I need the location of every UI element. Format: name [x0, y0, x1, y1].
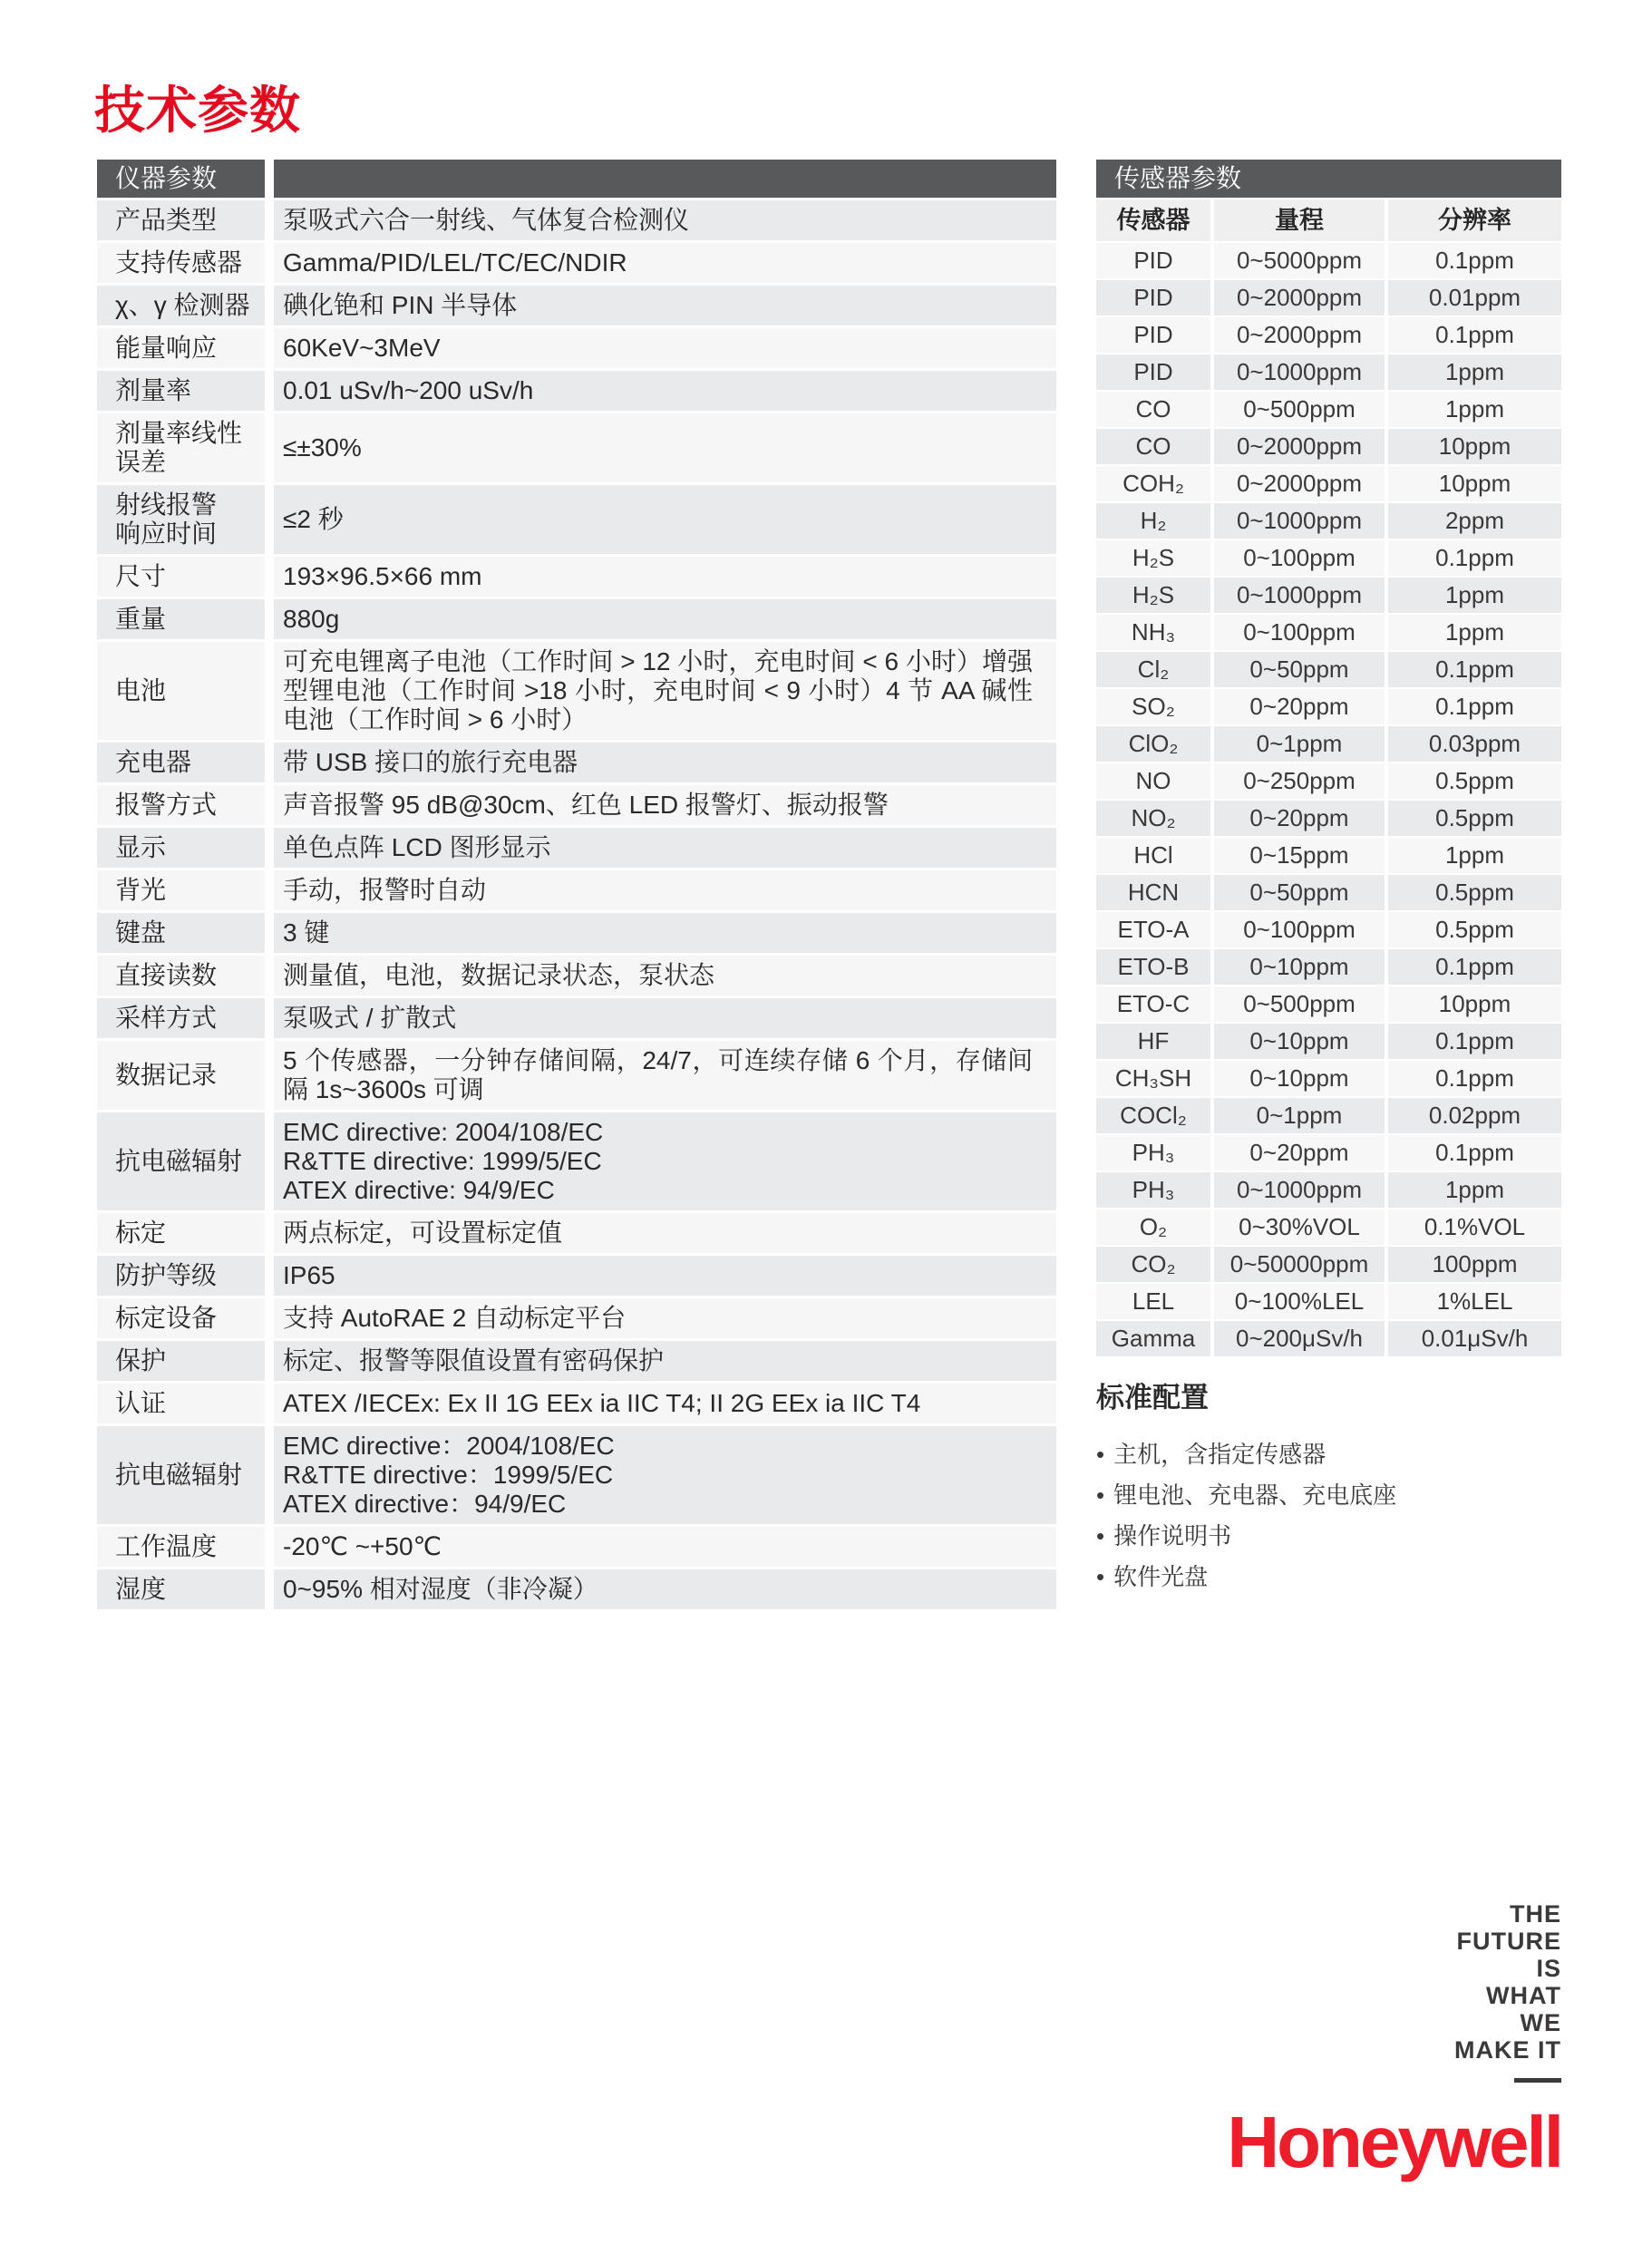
spec-row: 键盘 3 键	[97, 913, 1056, 956]
sensor-resolution-cell: 0.1ppm	[1388, 317, 1561, 353]
spec-value: 0.01 uSv/h~200 uSv/h	[274, 371, 1056, 411]
spec-label: 键盘	[97, 913, 265, 953]
spec-label: 尺寸	[97, 557, 265, 597]
spec-label: 数据记录	[97, 1041, 265, 1110]
spec-value: ATEX /IECEx: Ex II 1G EEx ia IIC T4; II …	[274, 1384, 1056, 1423]
spec-row: 背光 手动，报警时自动	[97, 870, 1056, 913]
tagline-line: IS	[1179, 1955, 1561, 1982]
sensor-name-cell: PID	[1096, 243, 1210, 278]
sensor-row: ETO-B 0~10ppm 0.1ppm	[1096, 949, 1561, 986]
spec-label: 保护	[97, 1341, 265, 1381]
sensor-row: PH₃ 0~1000ppm 1ppm	[1096, 1172, 1561, 1209]
sensor-row: H₂S 0~1000ppm 1ppm	[1096, 578, 1561, 615]
spec-value: ≤±30%	[274, 413, 1056, 482]
spec-row: 尺寸 193×96.5×66 mm	[97, 557, 1056, 599]
sensor-table: 传感器参数 传感器 量程 分辨率 PID 0~5000ppm 0.1ppm PI…	[1096, 160, 1561, 1358]
sensor-row: NO 0~250ppm 0.5ppm	[1096, 763, 1561, 801]
sensor-range-cell: 0~10ppm	[1214, 1024, 1385, 1059]
sensor-range-cell: 0~20ppm	[1214, 801, 1385, 836]
spec-value: 5 个传感器，一分钟存储间隔，24/7，可连续存储 6 个月，存储间隔 1s~3…	[274, 1041, 1056, 1110]
sensor-range-cell: 0~5000ppm	[1214, 243, 1385, 278]
bullet-icon: •	[1096, 1481, 1104, 1509]
spec-row: 射线报警 响应时间 ≤2 秒	[97, 485, 1056, 557]
spec-label: χ、γ 检测器	[97, 286, 265, 325]
sensor-table-header-title: 传感器参数	[1096, 160, 1561, 198]
sensor-resolution-cell: 1%LEL	[1388, 1284, 1561, 1319]
spec-label: 显示	[97, 828, 265, 868]
column-header-range: 量程	[1214, 199, 1385, 241]
spec-label: 采样方式	[97, 998, 265, 1038]
spec-value: Gamma/PID/LEL/TC/EC/NDIR	[274, 243, 1056, 283]
spec-value: 手动，报警时自动	[274, 870, 1056, 910]
standard-config-section: 标准配置 • 主机，含指定传感器 • 锂电池、充电器、充电底座 • 操作说明书	[1096, 1375, 1561, 1604]
spec-value: -20℃ ~+50℃	[274, 1527, 1056, 1567]
spec-row: 认证 ATEX /IECEx: Ex II 1G EEx ia IIC T4; …	[97, 1384, 1056, 1426]
bullet-icon: •	[1096, 1522, 1104, 1549]
spec-row: 防护等级 IP65	[97, 1256, 1056, 1298]
sensor-range-cell: 0~1ppm	[1214, 1098, 1385, 1133]
sensor-range-cell: 0~50000ppm	[1214, 1247, 1385, 1282]
sensor-name-cell: ETO-C	[1096, 986, 1210, 1022]
spec-row: 充电器 带 USB 接口的旅行充电器	[97, 743, 1056, 785]
spec-label: 产品类型	[97, 200, 265, 240]
column-header-resolution: 分辨率	[1388, 199, 1561, 241]
instrument-table: 仪器参数 产品类型 泵吸式六合一射线、气体复合检测仪 支持传感器 Gamma/P…	[97, 160, 1056, 1612]
spec-row: χ、γ 检测器 碘化铯和 PIN 半导体	[97, 286, 1056, 328]
sensor-range-cell: 0~500ppm	[1214, 392, 1385, 427]
spec-row: 标定设备 支持 AutoRAE 2 自动标定平台	[97, 1298, 1056, 1341]
sensor-row: PID 0~2000ppm 0.1ppm	[1096, 317, 1561, 355]
sensor-row: O₂ 0~30%VOL 0.1%VOL	[1096, 1209, 1561, 1247]
config-item: • 锂电池、充电器、充电底座	[1096, 1481, 1561, 1509]
sensor-name-cell: PID	[1096, 280, 1210, 316]
sensor-range-cell: 0~2000ppm	[1214, 429, 1385, 464]
spec-value: 两点标定，可设置标定值	[274, 1213, 1056, 1253]
sensor-range-cell: 0~1000ppm	[1214, 1172, 1385, 1208]
spec-row: 剂量率 0.01 uSv/h~200 uSv/h	[97, 371, 1056, 413]
sensor-name-cell: NH₃	[1096, 615, 1210, 650]
sensor-name-cell: Gamma	[1096, 1321, 1210, 1356]
tagline-line: WE	[1179, 2009, 1561, 2036]
spec-label: 标定	[97, 1213, 265, 1253]
sensor-name-cell: PH₃	[1096, 1172, 1210, 1208]
sensor-resolution-cell: 0.02ppm	[1388, 1098, 1561, 1133]
spec-value: EMC directive：2004/108/EC R&TTE directiv…	[274, 1426, 1056, 1524]
sensor-range-cell: 0~2000ppm	[1214, 317, 1385, 353]
spec-label: 剂量率	[97, 371, 265, 411]
sensor-range-cell: 0~10ppm	[1214, 1061, 1385, 1096]
sensor-range-cell: 0~500ppm	[1214, 986, 1385, 1022]
tagline-line: FUTURE	[1179, 1928, 1561, 1955]
config-item-label: 主机，含指定传感器	[1113, 1441, 1326, 1468]
sensor-range-cell: 0~1000ppm	[1214, 503, 1385, 539]
sensor-row: NO₂ 0~20ppm 0.5ppm	[1096, 801, 1561, 838]
sensor-name-cell: CH₃SH	[1096, 1061, 1210, 1096]
sensor-name-cell: PID	[1096, 317, 1210, 353]
spec-value: 带 USB 接口的旅行充电器	[274, 743, 1056, 782]
spec-row: 显示 单色点阵 LCD 图形显示	[97, 828, 1056, 870]
config-item: • 操作说明书	[1096, 1522, 1561, 1549]
datasheet-page: 技术参数 仪器参数 产品类型 泵吸式六合一射线、气体复合检测仪 支持传感器 Ga…	[0, 0, 1652, 2244]
spec-row: 电池 可充电锂离子电池（工作时间 > 12 小时，充电时间 < 6 小时）增强型…	[97, 642, 1056, 743]
spec-value: 可充电锂离子电池（工作时间 > 12 小时，充电时间 < 6 小时）增强型锂电池…	[274, 642, 1056, 740]
tagline-line: WHAT	[1179, 1982, 1561, 2009]
sensor-row: CO 0~500ppm 1ppm	[1096, 392, 1561, 429]
spec-value: EMC directive: 2004/108/EC R&TTE directi…	[274, 1112, 1056, 1210]
spec-label: 防护等级	[97, 1256, 265, 1296]
sensor-name-cell: NO	[1096, 763, 1210, 799]
sensor-name-cell: CO	[1096, 392, 1210, 427]
sensor-row: CH₃SH 0~10ppm 0.1ppm	[1096, 1061, 1561, 1098]
sensor-row: SO₂ 0~20ppm 0.1ppm	[1096, 689, 1561, 726]
spec-value: 193×96.5×66 mm	[274, 557, 1056, 597]
sensor-resolution-cell: 1ppm	[1388, 392, 1561, 427]
sensor-table-column-headers: 传感器 量程 分辨率	[1096, 199, 1561, 243]
sensor-row: NH₃ 0~100ppm 1ppm	[1096, 615, 1561, 652]
spec-label: 认证	[97, 1384, 265, 1423]
sensor-range-cell: 0~100ppm	[1214, 912, 1385, 947]
brand-footer: THE FUTURE IS WHAT WE MAKE IT Honeywell	[1179, 1900, 1561, 2184]
spec-row: 报警方式 声音报警 95 dB@30cm、红色 LED 报警灯、振动报警	[97, 785, 1056, 828]
spec-row: 数据记录 5 个传感器，一分钟存储间隔，24/7，可连续存储 6 个月，存储间隔…	[97, 1041, 1056, 1112]
sensor-range-cell: 0~2000ppm	[1214, 280, 1385, 316]
sensor-row: PID 0~5000ppm 0.1ppm	[1096, 243, 1561, 280]
sensor-resolution-cell: 0.1%VOL	[1388, 1209, 1561, 1245]
spec-label: 报警方式	[97, 785, 265, 825]
spec-row: 能量响应 60KeV~3MeV	[97, 328, 1056, 371]
spec-row: 支持传感器 Gamma/PID/LEL/TC/EC/NDIR	[97, 243, 1056, 286]
sensor-row: HCl 0~15ppm 1ppm	[1096, 838, 1561, 875]
sensor-name-cell: ETO-A	[1096, 912, 1210, 947]
sensor-row: PH₃ 0~20ppm 0.1ppm	[1096, 1135, 1561, 1172]
sensor-row: HCN 0~50ppm 0.5ppm	[1096, 875, 1561, 912]
spec-row: 直接读数 测量值，电池，数据记录状态，泵状态	[97, 956, 1056, 998]
spec-row: 工作温度 -20℃ ~+50℃	[97, 1527, 1056, 1569]
sensor-range-cell: 0~100ppm	[1214, 615, 1385, 650]
bullet-icon: •	[1096, 1441, 1104, 1468]
sensor-row: H₂S 0~100ppm 0.1ppm	[1096, 540, 1561, 578]
sensor-name-cell: HCl	[1096, 838, 1210, 873]
standard-config-list: • 主机，含指定传感器 • 锂电池、充电器、充电底座 • 操作说明书 • 软件光…	[1096, 1441, 1561, 1590]
sensor-range-cell: 0~2000ppm	[1214, 466, 1385, 501]
spec-label: 支持传感器	[97, 243, 265, 283]
spec-value: 测量值，电池，数据记录状态，泵状态	[274, 956, 1056, 996]
spec-value: 0~95% 相对湿度（非冷凝）	[274, 1569, 1056, 1609]
sensor-name-cell: O₂	[1096, 1209, 1210, 1245]
sensor-rows: PID 0~5000ppm 0.1ppm PID 0~2000ppm 0.01p…	[1096, 243, 1561, 1358]
page-title: 技术参数	[94, 71, 301, 143]
sensor-resolution-cell: 0.1ppm	[1388, 540, 1561, 576]
spec-value: 声音报警 95 dB@30cm、红色 LED 报警灯、振动报警	[274, 785, 1056, 825]
sensor-name-cell: HF	[1096, 1024, 1210, 1059]
sensor-range-cell: 0~1000ppm	[1214, 578, 1385, 613]
spec-row: 抗电磁辐射 EMC directive: 2004/108/EC R&TTE d…	[97, 1112, 1056, 1213]
sensor-row: COH₂ 0~2000ppm 10ppm	[1096, 466, 1561, 503]
spec-value: ≤2 秒	[274, 485, 1056, 554]
instrument-table-header-spacer	[274, 160, 1056, 198]
spec-label: 标定设备	[97, 1298, 265, 1338]
spec-value: IP65	[274, 1256, 1056, 1296]
sensor-range-cell: 0~1ppm	[1214, 726, 1385, 762]
spec-label: 直接读数	[97, 956, 265, 996]
sensor-name-cell: Cl₂	[1096, 652, 1210, 687]
sensor-name-cell: H₂	[1096, 503, 1210, 539]
sensor-resolution-cell: 0.1ppm	[1388, 1061, 1561, 1096]
spec-label: 剂量率线性 误差	[97, 413, 265, 482]
sensor-range-cell: 0~100%LEL	[1214, 1284, 1385, 1319]
sensor-name-cell: SO₂	[1096, 689, 1210, 724]
sensor-resolution-cell: 0.1ppm	[1388, 689, 1561, 724]
config-item-label: 锂电池、充电器、充电底座	[1113, 1481, 1396, 1509]
sensor-resolution-cell: 1ppm	[1388, 355, 1561, 390]
sensor-row: COCl₂ 0~1ppm 0.02ppm	[1096, 1098, 1561, 1135]
sensor-resolution-cell: 0.01μSv/h	[1388, 1321, 1561, 1356]
sensor-range-cell: 0~30%VOL	[1214, 1209, 1385, 1245]
spec-value: 支持 AutoRAE 2 自动标定平台	[274, 1298, 1056, 1338]
spec-row: 抗电磁辐射 EMC directive：2004/108/EC R&TTE di…	[97, 1426, 1056, 1527]
sensor-row: Cl₂ 0~50ppm 0.1ppm	[1096, 652, 1561, 689]
sensor-resolution-cell: 0.1ppm	[1388, 243, 1561, 278]
sensor-resolution-cell: 10ppm	[1388, 429, 1561, 464]
sensor-range-cell: 0~1000ppm	[1214, 355, 1385, 390]
sensor-resolution-cell: 0.5ppm	[1388, 875, 1561, 910]
sensor-range-cell: 0~200μSv/h	[1214, 1321, 1385, 1356]
column-header-sensor: 传感器	[1096, 199, 1210, 241]
sensor-name-cell: CO	[1096, 429, 1210, 464]
tagline-rule	[1514, 2078, 1561, 2083]
spec-row: 剂量率线性 误差 ≤±30%	[97, 413, 1056, 485]
sensor-name-cell: PID	[1096, 355, 1210, 390]
config-item-label: 软件光盘	[1113, 1563, 1208, 1590]
sensor-name-cell: H₂S	[1096, 540, 1210, 576]
sensor-range-cell: 0~50ppm	[1214, 875, 1385, 910]
spec-value: 60KeV~3MeV	[274, 328, 1056, 368]
sensor-resolution-cell: 1ppm	[1388, 578, 1561, 613]
spec-label: 射线报警 响应时间	[97, 485, 265, 554]
spec-label: 重量	[97, 599, 265, 639]
sensor-row: LEL 0~100%LEL 1%LEL	[1096, 1284, 1561, 1321]
sensor-range-cell: 0~15ppm	[1214, 838, 1385, 873]
spec-label: 电池	[97, 642, 265, 740]
sensor-resolution-cell: 1ppm	[1388, 1172, 1561, 1208]
sensor-resolution-cell: 0.5ppm	[1388, 912, 1561, 947]
sensor-range-cell: 0~50ppm	[1214, 652, 1385, 687]
sensor-resolution-cell: 100ppm	[1388, 1247, 1561, 1282]
instrument-rows: 产品类型 泵吸式六合一射线、气体复合检测仪 支持传感器 Gamma/PID/LE…	[97, 200, 1056, 1612]
spec-value: 880g	[274, 599, 1056, 639]
spec-row: 采样方式 泵吸式 / 扩散式	[97, 998, 1056, 1041]
instrument-table-header: 仪器参数	[97, 160, 1056, 198]
standard-config-title: 标准配置	[1096, 1375, 1561, 1415]
spec-label: 能量响应	[97, 328, 265, 368]
sensor-row: CO₂ 0~50000ppm 100ppm	[1096, 1247, 1561, 1284]
sensor-name-cell: PH₃	[1096, 1135, 1210, 1171]
sensor-resolution-cell: 1ppm	[1388, 615, 1561, 650]
spec-row: 重量 880g	[97, 599, 1056, 642]
sensor-name-cell: H₂S	[1096, 578, 1210, 613]
honeywell-logo: Honeywell	[1179, 2101, 1561, 2184]
sensor-row: HF 0~10ppm 0.1ppm	[1096, 1024, 1561, 1061]
spec-value: 单色点阵 LCD 图形显示	[274, 828, 1056, 868]
spec-label: 充电器	[97, 743, 265, 782]
spec-row: 标定 两点标定，可设置标定值	[97, 1213, 1056, 1256]
tagline-line: MAKE IT	[1179, 2036, 1561, 2064]
sensor-resolution-cell: 0.5ppm	[1388, 801, 1561, 836]
sensor-name-cell: ETO-B	[1096, 949, 1210, 985]
sensor-resolution-cell: 10ppm	[1388, 466, 1561, 501]
spec-row: 保护 标定、报警等限值设置有密码保护	[97, 1341, 1056, 1384]
bullet-icon: •	[1096, 1563, 1104, 1590]
config-item: • 软件光盘	[1096, 1563, 1561, 1590]
sensor-resolution-cell: 0.03ppm	[1388, 726, 1561, 762]
sensor-resolution-cell: 0.1ppm	[1388, 949, 1561, 985]
sensor-range-cell: 0~20ppm	[1214, 689, 1385, 724]
spec-row: 产品类型 泵吸式六合一射线、气体复合检测仪	[97, 200, 1056, 243]
spec-label: 工作温度	[97, 1527, 265, 1567]
sensor-resolution-cell: 0.01ppm	[1388, 280, 1561, 316]
instrument-table-header-title: 仪器参数	[97, 160, 265, 198]
spec-value: 3 键	[274, 913, 1056, 953]
sensor-row: PID 0~2000ppm 0.01ppm	[1096, 280, 1561, 317]
sensor-name-cell: COCl₂	[1096, 1098, 1210, 1133]
sensor-resolution-cell: 10ppm	[1388, 986, 1561, 1022]
sensor-range-cell: 0~100ppm	[1214, 540, 1385, 576]
tagline-line: THE	[1179, 1900, 1561, 1928]
spec-label: 抗电磁辐射	[97, 1112, 265, 1210]
sensor-row: ClO₂ 0~1ppm 0.03ppm	[1096, 726, 1561, 763]
config-item-label: 操作说明书	[1113, 1522, 1231, 1549]
sensor-name-cell: HCN	[1096, 875, 1210, 910]
sensor-range-cell: 0~10ppm	[1214, 949, 1385, 985]
sensor-name-cell: CO₂	[1096, 1247, 1210, 1282]
sensor-name-cell: NO₂	[1096, 801, 1210, 836]
sensor-resolution-cell: 0.1ppm	[1388, 1135, 1561, 1171]
spec-label: 湿度	[97, 1569, 265, 1609]
sensor-range-cell: 0~20ppm	[1214, 1135, 1385, 1171]
sensor-resolution-cell: 2ppm	[1388, 503, 1561, 539]
sensor-row: H₂ 0~1000ppm 2ppm	[1096, 503, 1561, 540]
sensor-resolution-cell: 1ppm	[1388, 838, 1561, 873]
spec-label: 抗电磁辐射	[97, 1426, 265, 1524]
spec-row: 湿度 0~95% 相对湿度（非冷凝）	[97, 1569, 1056, 1612]
sensor-range-cell: 0~250ppm	[1214, 763, 1385, 799]
sensor-row: ETO-A 0~100ppm 0.5ppm	[1096, 912, 1561, 949]
sensor-row: CO 0~2000ppm 10ppm	[1096, 429, 1561, 466]
sensor-resolution-cell: 0.5ppm	[1388, 763, 1561, 799]
sensor-name-cell: LEL	[1096, 1284, 1210, 1319]
spec-value: 碘化铯和 PIN 半导体	[274, 286, 1056, 325]
sensor-row: PID 0~1000ppm 1ppm	[1096, 355, 1561, 392]
spec-label: 背光	[97, 870, 265, 910]
spec-value: 泵吸式六合一射线、气体复合检测仪	[274, 200, 1056, 240]
sensor-name-cell: ClO₂	[1096, 726, 1210, 762]
sensor-row: Gamma 0~200μSv/h 0.01μSv/h	[1096, 1321, 1561, 1358]
spec-value: 泵吸式 / 扩散式	[274, 998, 1056, 1038]
sensor-row: ETO-C 0~500ppm 10ppm	[1096, 986, 1561, 1024]
spec-value: 标定、报警等限值设置有密码保护	[274, 1341, 1056, 1381]
config-item: • 主机，含指定传感器	[1096, 1441, 1561, 1468]
sensor-name-cell: COH₂	[1096, 466, 1210, 501]
sensor-resolution-cell: 0.1ppm	[1388, 652, 1561, 687]
sensor-resolution-cell: 0.1ppm	[1388, 1024, 1561, 1059]
